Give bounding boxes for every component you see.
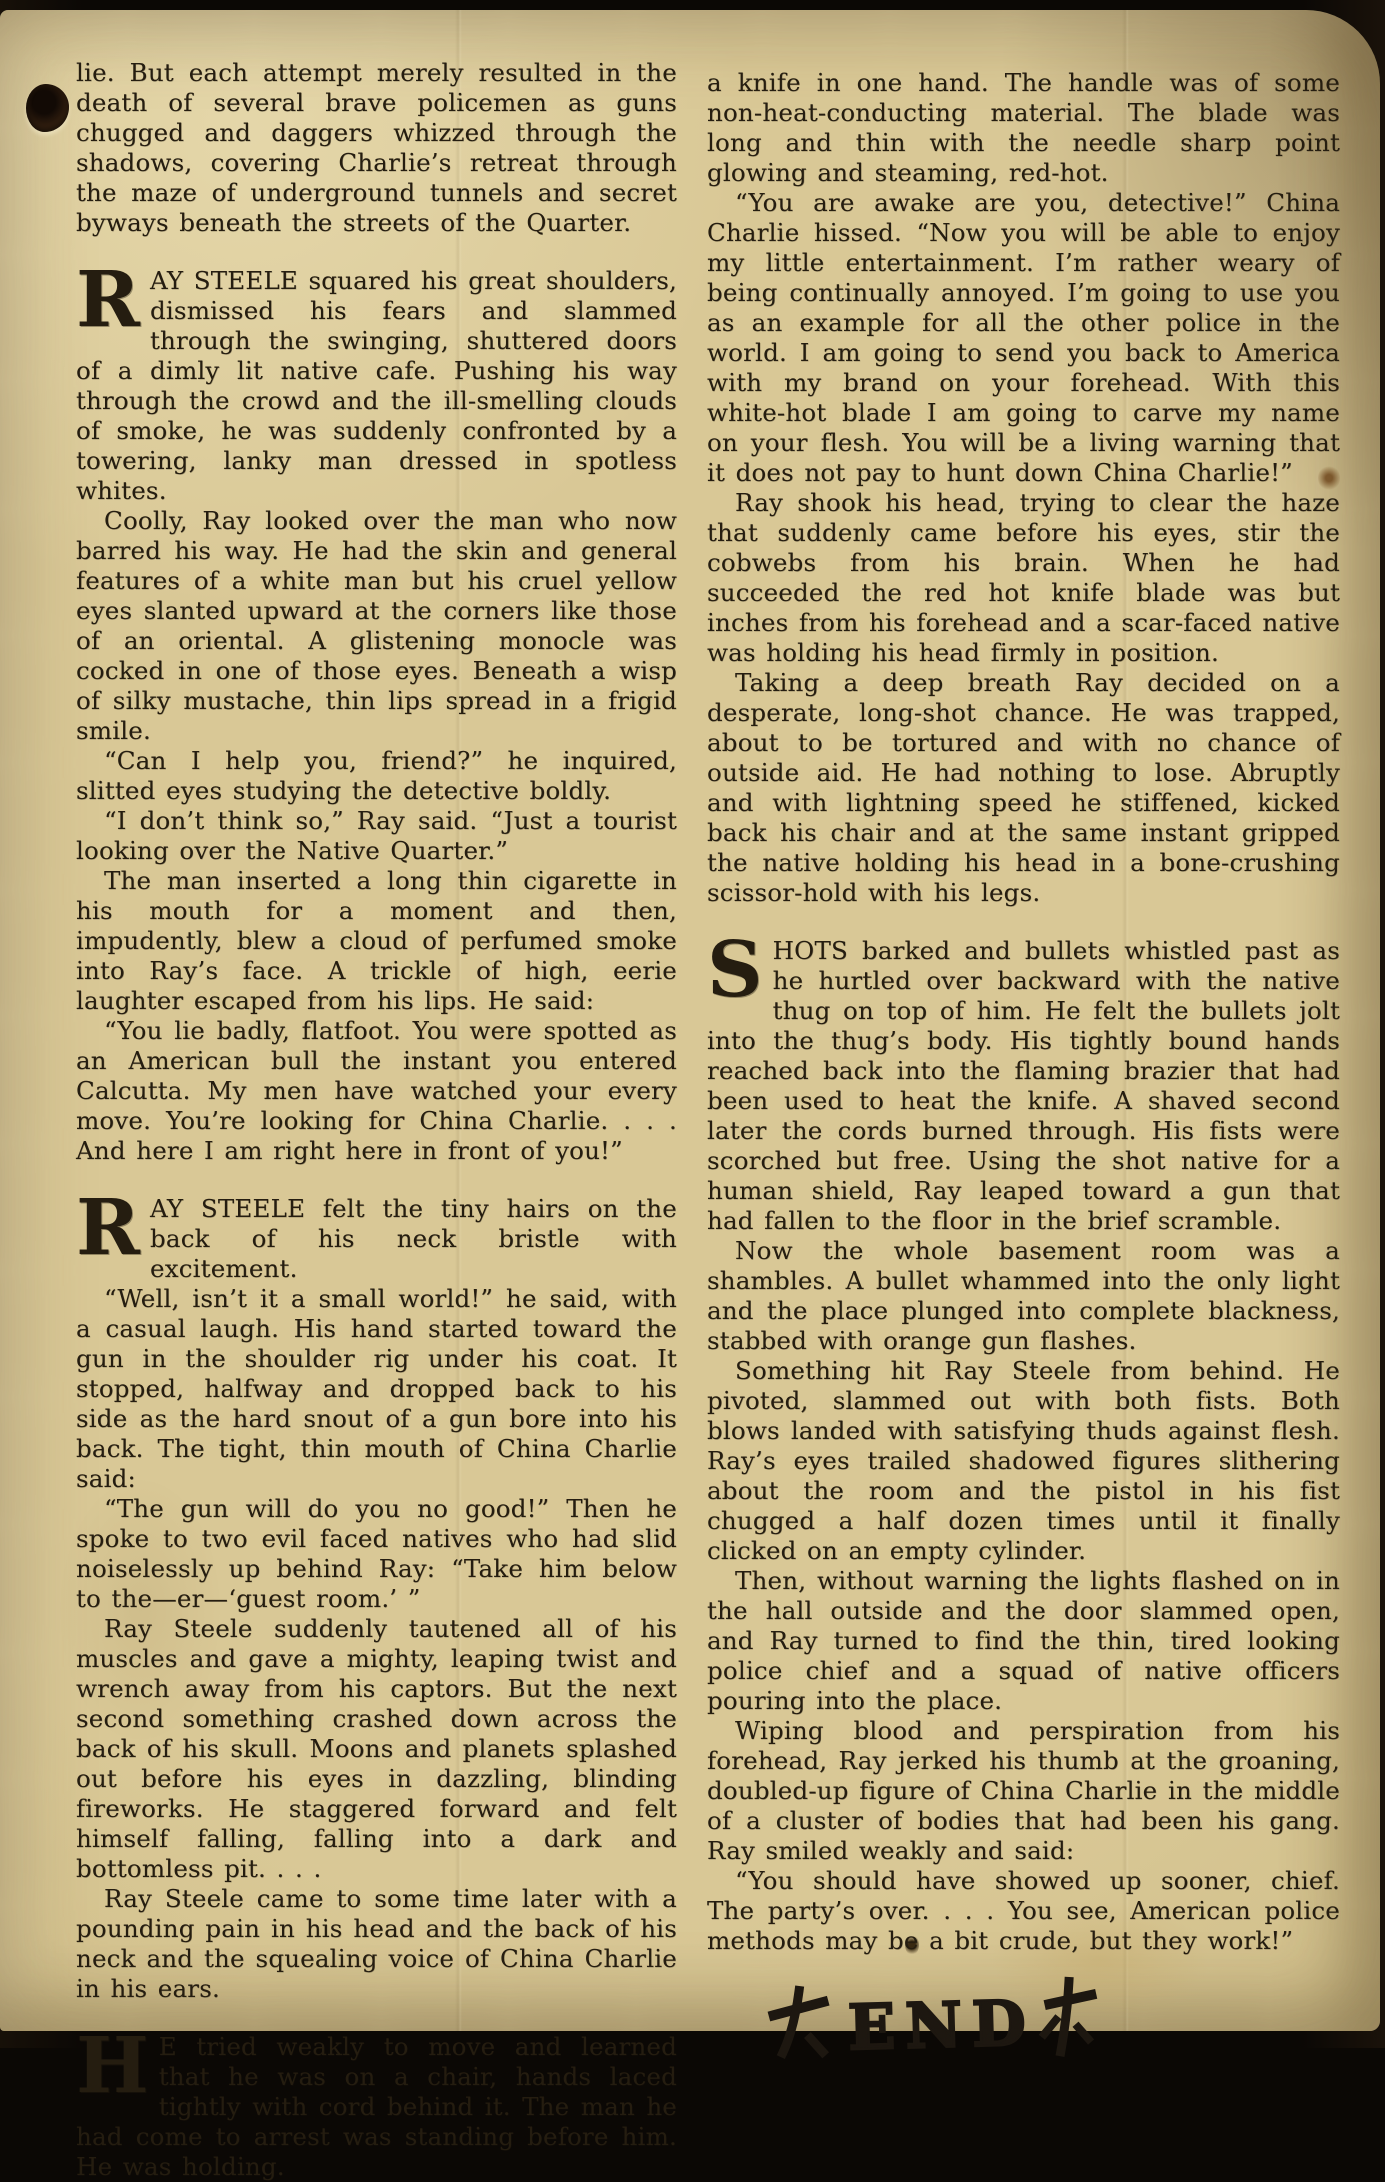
paragraph: “I don’t think so,” Ray said. “Just a to… [76,806,677,866]
punch-hole [26,84,69,132]
paragraph: Ray Steele suddenly tautened all of his … [76,1614,677,1884]
paragraph: RAY STEELE felt the tiny hairs on the ba… [76,1194,677,1284]
story-text: lie. But each attempt merely resulted in… [76,58,1340,2048]
paragraph: Wiping blood and perspiration from his f… [707,1716,1340,1866]
drop-cap: R [76,1200,140,1256]
paragraph: “You are awake are you, detective!” Chin… [707,188,1340,488]
paragraph: “Can I help you, friend?” he inquired, s… [76,746,677,806]
drop-cap: S [707,942,763,998]
column-2: a knife in one hand. The handle was of s… [707,58,1340,2048]
drop-cap: H [76,2038,149,2048]
paragraph: Now the whole basement room was a shambl… [707,1236,1340,1356]
paragraph: lie. But each attempt merely resulted in… [76,58,677,238]
paragraph: a knife in one hand. The handle was of s… [707,68,1340,188]
paragraph: Ray shook his head, trying to clear the … [707,488,1340,668]
paragraph: “You lie badly, flatfoot. You were spott… [76,1016,677,1166]
paragraph: Ray Steele came to some time later with … [76,1884,677,2004]
brush-ornament-right-icon [1043,1981,1093,2048]
paragraph: “Well, isn’t it a small world!” he said,… [76,1284,677,1494]
the-end-logo: END [761,1968,1341,2048]
scan-backdrop: lie. But each attempt merely resulted in… [0,0,1385,2048]
drop-cap: R [76,272,140,328]
paragraph: “The gun will do you no good!” Then he s… [76,1494,677,1614]
end-text: END [847,1986,1037,2048]
paragraph: RAY STEELE squared his great shoulders, … [76,266,677,506]
brush-ornament-left-icon [773,1990,825,2048]
paragraph: Something hit Ray Steele from behind. He… [707,1356,1340,1566]
column-1: lie. But each attempt merely resulted in… [76,58,677,2048]
paragraph: Taking a deep breath Ray decided on a de… [707,668,1340,908]
paragraph: Then, without warning the lights flashed… [707,1566,1340,1716]
paragraph: SHOTS barked and bullets whistled past a… [707,936,1340,1236]
paragraph: The man inserted a long thin cigarette i… [76,866,677,1016]
paragraph: HE tried weakly to move and learned that… [76,2032,677,2048]
paragraph: Coolly, Ray looked over the man who now … [76,506,677,746]
page: lie. But each attempt merely resulted in… [0,10,1380,2031]
paragraph: “You should have showed up sooner, chief… [707,1866,1340,1956]
